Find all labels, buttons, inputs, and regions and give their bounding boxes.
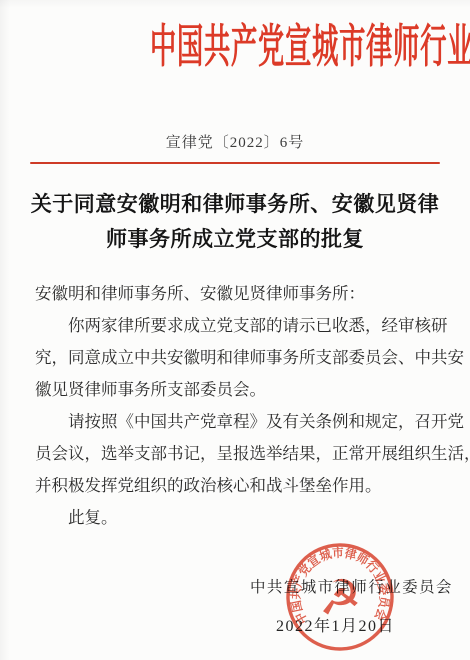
document-title: 关于同意安徽明和律师事务所、安徽见贤律 师事务所成立党支部的批复 xyxy=(15,187,455,257)
paragraph-1-line-2: 究，同意成立中共安徽明和律师事务所支部委员会、中共安 xyxy=(35,342,449,374)
paragraph-1-line-3: 徽见贤律师事务所支部委员会。 xyxy=(35,374,449,406)
letterhead: 中国共产党宣城市律师行业委员会 xyxy=(0,22,470,72)
paragraph-2-line-3: 并积极发挥党组织的政治核心和战斗堡垒作用。 xyxy=(35,470,449,502)
document-title-line-2: 师事务所成立党支部的批复 xyxy=(15,222,455,257)
official-seal: 中国共产党宣城市律师行业委员会 ☭ xyxy=(273,530,407,660)
paragraph-2-line-2: 员会议，选举支部书记，呈报选举结果，正常开展组织生活， xyxy=(35,438,449,470)
paragraph-1-line-1: 你两家律所要求成立党支部的请示已收悉，经审核研 xyxy=(35,310,449,342)
red-separator-line xyxy=(30,162,440,164)
document-title-line-1: 关于同意安徽明和律师事务所、安徽见贤律 xyxy=(15,187,455,222)
document-body: 安徽明和律师事务所、安徽见贤律师事务所： 你两家律所要求成立党支部的请示已收悉，… xyxy=(35,278,449,534)
closing-line: 此复。 xyxy=(35,502,449,534)
salutation-line: 安徽明和律师事务所、安徽见贤律师事务所： xyxy=(35,278,449,310)
paragraph-2-line-1: 请按照《中国共产党章程》及有关条例和规定，召开党 xyxy=(35,406,449,438)
letterhead-title: 中国共产党宣城市律师行业委员会 xyxy=(150,22,470,72)
party-emblem-icon: ☭ xyxy=(318,569,363,626)
official-document-page: 中国共产党宣城市律师行业委员会 宣律党〔2022〕6号 关于同意安徽明和律师事务… xyxy=(0,0,470,660)
document-number: 宣律党〔2022〕6号 xyxy=(0,131,470,152)
